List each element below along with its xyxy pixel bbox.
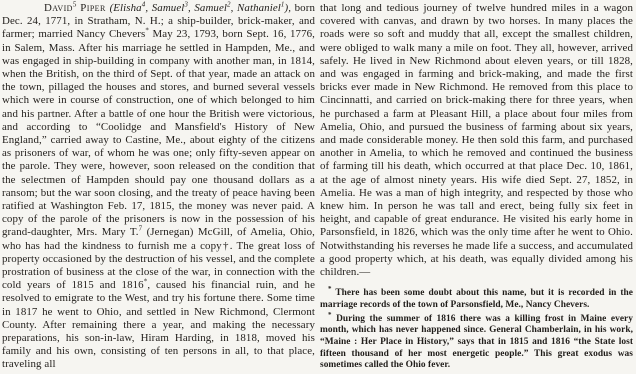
main-paragraph-right: that long and tedious journey of twelve … — [320, 2, 633, 279]
right-column: that long and tedious journey of twelve … — [320, 2, 633, 374]
main-paragraph-left: David5 Piper (Elisha4, Samuel3, Samuel2,… — [2, 2, 315, 372]
footnote-2-text: During the summer of 1816 there was a ki… — [320, 314, 633, 371]
scanned-book-page: David5 Piper (Elisha4, Samuel3, Samuel2,… — [0, 0, 636, 374]
footnote-1-text: There has been some doubt about this nam… — [320, 288, 633, 310]
footnotes-section: * There has been some doubt about this n… — [320, 288, 633, 372]
footnote-2: * During the summer of 1816 there was a … — [320, 314, 633, 373]
left-column: David5 Piper (Elisha4, Samuel3, Samuel2,… — [2, 2, 315, 374]
footnote-1: * There has been some doubt about this n… — [320, 288, 633, 311]
